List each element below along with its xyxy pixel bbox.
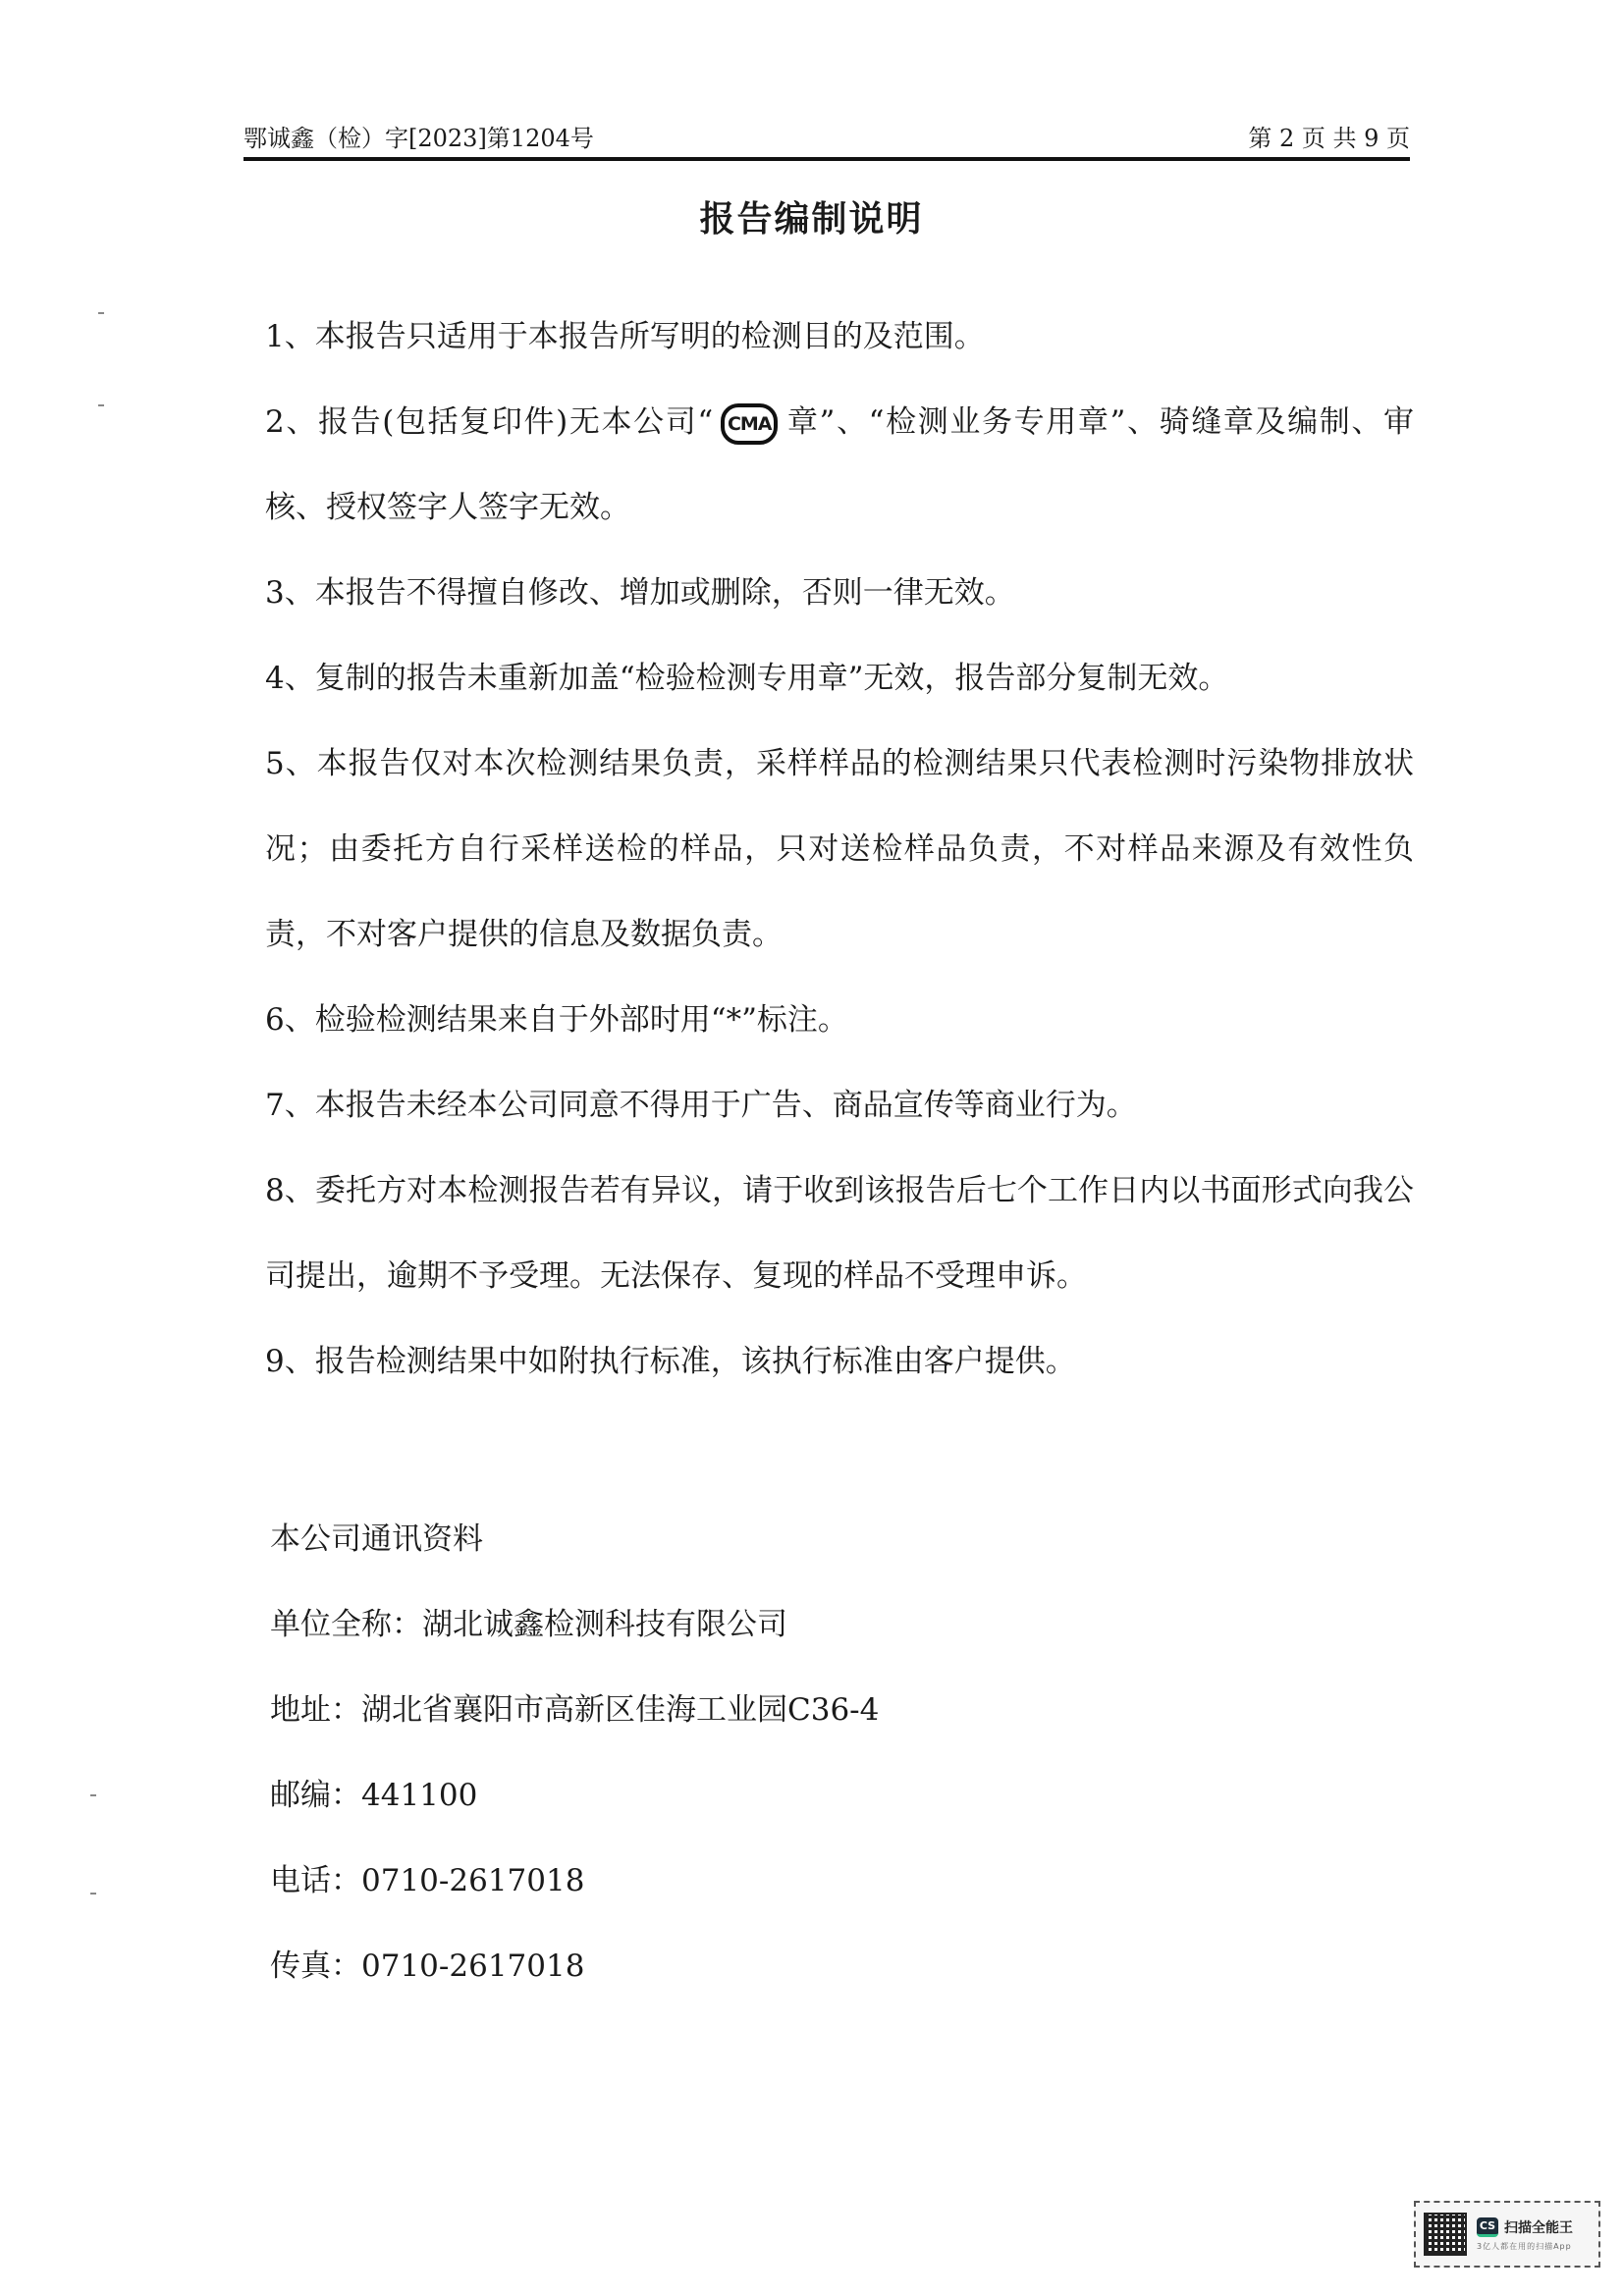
company-row: 单位全称：湖北诚鑫检测科技有限公司 <box>270 1582 1252 1668</box>
app-name: 扫描全能王 <box>1504 2217 1573 2237</box>
company-name: 湖北诚鑫检测科技有限公司 <box>422 1607 787 1642</box>
note-item-6: 6、检验检测结果来自于外部时用“*”标注。 <box>265 978 1414 1063</box>
phone-row: 电话：0710-2617018 <box>270 1839 1252 1924</box>
address: 湖北省襄阳市高新区佳海工业园C36-4 <box>361 1692 879 1728</box>
scan-artifact <box>90 1794 96 1796</box>
note-item-9: 9、报告检测结果中如附执行标准，该执行标准由客户提供。 <box>265 1319 1414 1405</box>
address-row: 地址：湖北省襄阳市高新区佳海工业园C36-4 <box>270 1668 1252 1753</box>
scan-artifact <box>98 404 104 406</box>
cma-mark-icon: CMA <box>721 403 778 445</box>
note-item-2: 2、报告(包括复印件)无本公司“CMA章”、“检测业务专用章”、骑缝章及编制、审… <box>265 380 1414 551</box>
contact-info: 本公司通讯资料 单位全称：湖北诚鑫检测科技有限公司 地址：湖北省襄阳市高新区佳海… <box>270 1497 1252 2009</box>
note-item-7: 7、本报告未经本公司同意不得用于广告、商品宣传等商业行为。 <box>265 1063 1414 1148</box>
report-number: 鄂诚鑫（检）字[2023]第1204号 <box>243 119 594 153</box>
camscanner-logo-icon: CS <box>1477 2217 1498 2237</box>
app-slogan: 3亿人都在用的扫描App <box>1477 2241 1573 2252</box>
note-item-8: 8、委托方对本检测报告若有异议，请于收到该报告后七个工作日内以书面形式向我公司提… <box>265 1148 1414 1319</box>
scan-artifact <box>90 1893 96 1895</box>
page-title: 报告编制说明 <box>0 191 1623 241</box>
notes-list: 1、本报告只适用于本报告所写明的检测目的及范围。 2、报告(包括复印件)无本公司… <box>265 294 1414 1405</box>
note-item-5: 5、本报告仅对本次检测结果负责，采样样品的检测结果只代表检测时污染物排放状况；由… <box>265 721 1414 978</box>
page-header: 鄂诚鑫（检）字[2023]第1204号 第 2 页 共 9 页 <box>243 110 1410 161</box>
qr-code-icon <box>1424 2213 1467 2256</box>
note-item-3: 3、本报告不得擅自修改、增加或删除，否则一律无效。 <box>265 551 1414 636</box>
contact-heading: 本公司通讯资料 <box>270 1497 1252 1582</box>
fax-row: 传真：0710-2617018 <box>270 1924 1252 2009</box>
phone: 0710-2617018 <box>361 1863 584 1898</box>
camscanner-watermark: CS 扫描全能王 3亿人都在用的扫描App <box>1414 2201 1600 2268</box>
postcode-row: 邮编：441100 <box>270 1753 1252 1839</box>
scan-artifact <box>98 312 104 314</box>
fax: 0710-2617018 <box>361 1949 584 1984</box>
note-item-1: 1、本报告只适用于本报告所写明的检测目的及范围。 <box>265 294 1414 380</box>
page-indicator: 第 2 页 共 9 页 <box>1248 119 1410 153</box>
note-item-4: 4、复制的报告未重新加盖“检验检测专用章”无效，报告部分复制无效。 <box>265 636 1414 721</box>
postcode: 441100 <box>361 1778 477 1813</box>
